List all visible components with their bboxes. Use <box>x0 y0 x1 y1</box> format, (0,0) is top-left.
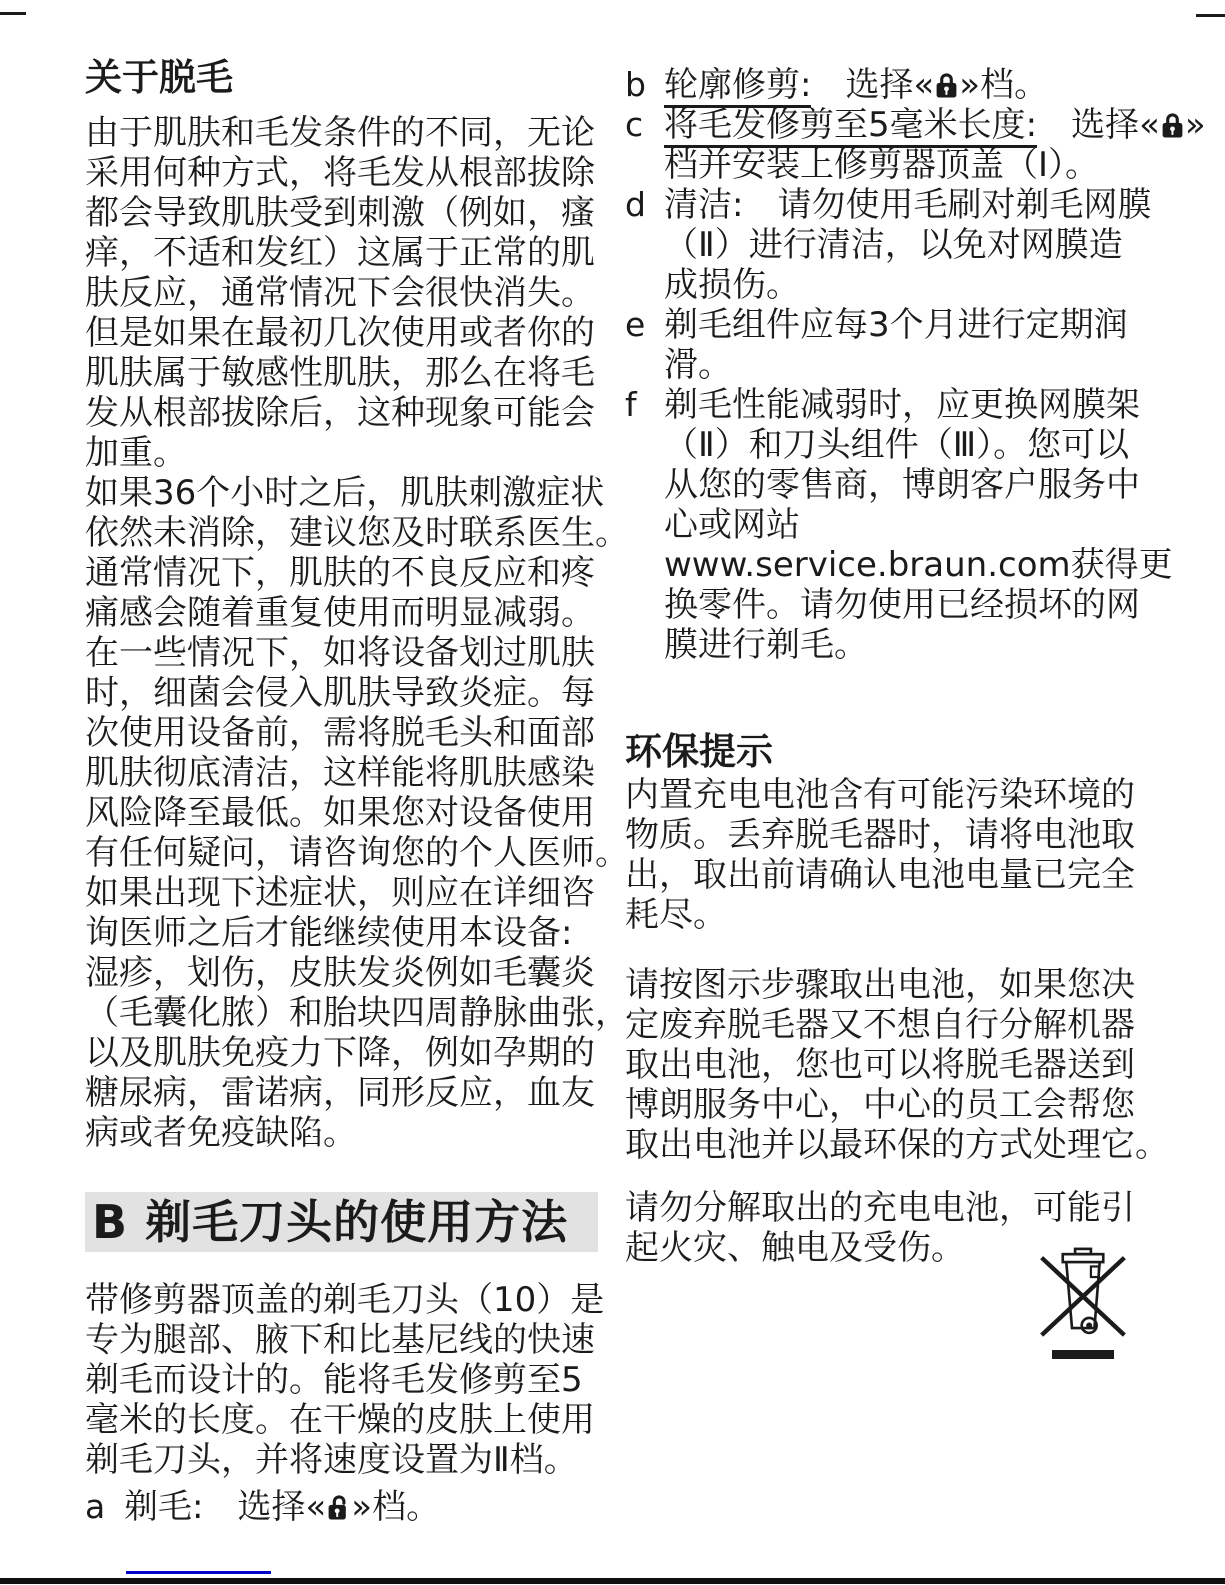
text-line: 糖尿病，雷诺病，同形反应，血友 <box>85 1073 598 1113</box>
text-line: 依然未消除，建议您及时联系医生。 <box>85 513 598 553</box>
text-line: 痛感会随着重复使用而明显减弱。 <box>85 593 598 633</box>
text-line: 耗尽。 <box>625 895 1138 935</box>
text-line: 专为腿部、腋下和比基尼线的快速 <box>85 1320 598 1360</box>
text-line: 请勿分解取出的充电电池，可能引 <box>625 1188 1138 1228</box>
link-underline[interactable] <box>126 1571 271 1574</box>
text-line: 如果36个小时之后，肌肤刺激症状 <box>85 473 598 513</box>
left-column: 关于脱毛 由于肌肤和毛发条件的不同，无论采用何种方式，将毛发从根部拔除都会导致肌… <box>85 58 598 1527</box>
text-line: 剃毛: 选择«»档。 <box>124 1487 440 1527</box>
text-line: 清洁: 请勿使用毛刷对剃毛网膜 <box>664 185 1138 225</box>
crop-mark-top-right <box>1196 14 1225 17</box>
text-line: www.service.braun.com获得更 <box>664 545 1138 585</box>
lock-open-icon <box>326 1493 351 1522</box>
list-item-c: c 将毛发修剪至5毫米长度: 选择«» 档并安装上修剪器顶盖（Ⅰ）。 <box>625 105 1138 185</box>
lock-closed-icon <box>934 71 959 100</box>
text-columns: 关于脱毛 由于肌肤和毛发条件的不同，无论采用何种方式，将毛发从根部拔除都会导致肌… <box>85 58 1141 1527</box>
text-line: 剃毛刀头，并将速度设置为Ⅱ档。 <box>85 1440 598 1480</box>
text-line: 采用何种方式，将毛发从根部拔除 <box>85 153 598 193</box>
text-line: 带修剪器顶盖的剃毛刀头（10）是 <box>85 1280 598 1320</box>
text-line: 剃毛而设计的。能将毛发修剪至5 <box>85 1360 598 1400</box>
heading-about-epilation: 关于脱毛 <box>85 58 598 98</box>
text-line: 肌肤属于敏感性肌肤，那么在将毛 <box>85 353 598 393</box>
heading-shaver-head-usage: B 剃毛刀头的使用方法 <box>85 1192 598 1252</box>
env-paragraph-1: 内置充电电池含有可能污染环境的物质。丢弃脱毛器时，请将电池取出，取出前请确认电池… <box>625 775 1138 935</box>
page-bottom-edge <box>0 1578 1225 1584</box>
text-line: 加重。 <box>85 433 598 473</box>
text-line: 但是如果在最初几次使用或者你的 <box>85 313 598 353</box>
text-line: 剃毛性能减弱时，应更换网膜架 <box>664 385 1138 425</box>
list-item-body: 剃毛组件应每3个月进行定期润滑。 <box>664 305 1138 385</box>
weee-symbol <box>1038 1246 1128 1359</box>
list-marker: c <box>625 105 664 145</box>
list-item-body: 剃毛性能减弱时，应更换网膜架（Ⅱ）和刀头组件（Ⅲ）。您可以从您的零售商，博朗客户… <box>664 385 1138 665</box>
text-line: （毛囊化脓）和胎块四周静脉曲张， <box>85 993 598 1033</box>
list-item-body: 将毛发修剪至5毫米长度: 选择«» 档并安装上修剪器顶盖（Ⅰ）。 <box>664 105 1138 185</box>
heading-environmental-notice: 环保提示 <box>625 732 1138 772</box>
shaver-head-paragraph: 带修剪器顶盖的剃毛刀头（10）是专为腿部、腋下和比基尼线的快速剃毛而设计的。能将… <box>85 1280 598 1480</box>
text-line: 剃毛组件应每3个月进行定期润 <box>664 305 1138 345</box>
list-item-b: b 轮廓修剪: 选择«»档。 <box>625 65 1138 105</box>
weee-crossed-bin-icon <box>1039 1246 1127 1338</box>
text-line: （Ⅱ）和刀头组件（Ⅲ）。您可以 <box>664 425 1138 465</box>
text-line: 都会导致肌肤受到刺激（例如，瘙 <box>85 193 598 233</box>
text-line: 痒，不适和发红）这属于正常的肌 <box>85 233 598 273</box>
text-line: 次使用设备前，需将脱毛头和面部 <box>85 713 598 753</box>
text-line: 发从根部拔除后，这种现象可能会 <box>85 393 598 433</box>
text-line: 在一些情况下，如将设备划过肌肤 <box>85 633 598 673</box>
text-line: 博朗服务中心，中心的员工会帮您 <box>625 1085 1138 1125</box>
lock-closed-icon <box>1160 111 1185 140</box>
text-line: 内置充电电池含有可能污染环境的 <box>625 775 1138 815</box>
list-item-body: 剃毛: 选择«»档。 <box>124 1487 598 1527</box>
list-marker: d <box>625 185 664 225</box>
text-line: 取出电池并以最环保的方式处理它。 <box>625 1125 1138 1165</box>
crop-mark-top-left <box>0 12 26 15</box>
text-line: （Ⅱ）进行清洁，以免对网膜造 <box>664 225 1138 265</box>
text-line: 从您的零售商，博朗客户服务中 <box>664 465 1138 505</box>
list-item-f: f 剃毛性能减弱时，应更换网膜架（Ⅱ）和刀头组件（Ⅲ）。您可以从您的零售商，博朗… <box>625 385 1138 665</box>
text-line: 心或网站 <box>664 505 1138 545</box>
text-line: 成损伤。 <box>664 265 1138 305</box>
text-line: 毫米的长度。在干燥的皮肤上使用 <box>85 1400 598 1440</box>
text-line: 膜进行剃毛。 <box>664 625 1138 665</box>
list-marker: f <box>625 385 664 425</box>
env-paragraph-2: 请按图示步骤取出电池，如果您决定废弃脱毛器又不想自行分解机器取出电池，您也可以将… <box>625 965 1138 1165</box>
list-item-e: e 剃毛组件应每3个月进行定期润滑。 <box>625 305 1138 385</box>
text-line: 定废弃脱毛器又不想自行分解机器 <box>625 1005 1138 1045</box>
list-marker: b <box>625 65 664 105</box>
text-line: 通常情况下，肌肤的不良反应和疼 <box>85 553 598 593</box>
text-line: 换零件。请勿使用已经损坏的网 <box>664 585 1138 625</box>
manual-page: 关于脱毛 由于肌肤和毛发条件的不同，无论采用何种方式，将毛发从根部拔除都会导致肌… <box>0 0 1225 1585</box>
text-line: 请按图示步骤取出电池，如果您决 <box>625 965 1138 1005</box>
text-line: 取出电池，您也可以将脱毛器送到 <box>625 1045 1138 1085</box>
list-item-body: 轮廓修剪: 选择«»档。 <box>664 65 1138 105</box>
list-item-d: d 清洁: 请勿使用毛刷对剃毛网膜（Ⅱ）进行清洁，以免对网膜造成损伤。 <box>625 185 1138 305</box>
text-line: 物质。丢弃脱毛器时，请将电池取 <box>625 815 1138 855</box>
text-line: 以及肌肤免疫力下降，例如孕期的 <box>85 1033 598 1073</box>
list-marker: e <box>625 305 664 345</box>
text-line: 时，细菌会侵入肌肤导致炎症。每 <box>85 673 598 713</box>
list-item-body: 清洁: 请勿使用毛刷对剃毛网膜（Ⅱ）进行清洁，以免对网膜造成损伤。 <box>664 185 1138 305</box>
text-line: 湿疹，划伤，皮肤发炎例如毛囊炎 <box>85 953 598 993</box>
text-line: 病或者免疫缺陷。 <box>85 1113 598 1153</box>
text-line: 滑。 <box>664 345 1138 385</box>
text-line: 出，取出前请确认电池电量已完全 <box>625 855 1138 895</box>
text-line: 风险降至最低。如果您对设备使用 <box>85 793 598 833</box>
text-line: 将毛发修剪至5毫米长度: 选择«» <box>664 105 1206 145</box>
text-line: 档并安装上修剪器顶盖（Ⅰ）。 <box>664 145 1138 185</box>
text-line: 轮廓修剪: 选择«»档。 <box>664 65 1048 105</box>
about-epilation-paragraphs: 由于肌肤和毛发条件的不同，无论采用何种方式，将毛发从根部拔除都会导致肌肤受到刺激… <box>85 113 598 1153</box>
text-line: 由于肌肤和毛发条件的不同，无论 <box>85 113 598 153</box>
text-line: 肤反应，通常情况下会很快消失。 <box>85 273 598 313</box>
weee-black-bar <box>1052 1350 1114 1359</box>
text-line: 肌肤彻底清洁，这样能将肌肤感染 <box>85 753 598 793</box>
text-line: 询医师之后才能继续使用本设备: <box>85 913 598 953</box>
list-item-a: a 剃毛: 选择«»档。 <box>85 1487 598 1527</box>
list-marker: a <box>85 1487 124 1527</box>
text-line: 如果出现下述症状，则应在详细咨 <box>85 873 598 913</box>
text-line: 有任何疑问，请咨询您的个人医师。 <box>85 833 598 873</box>
